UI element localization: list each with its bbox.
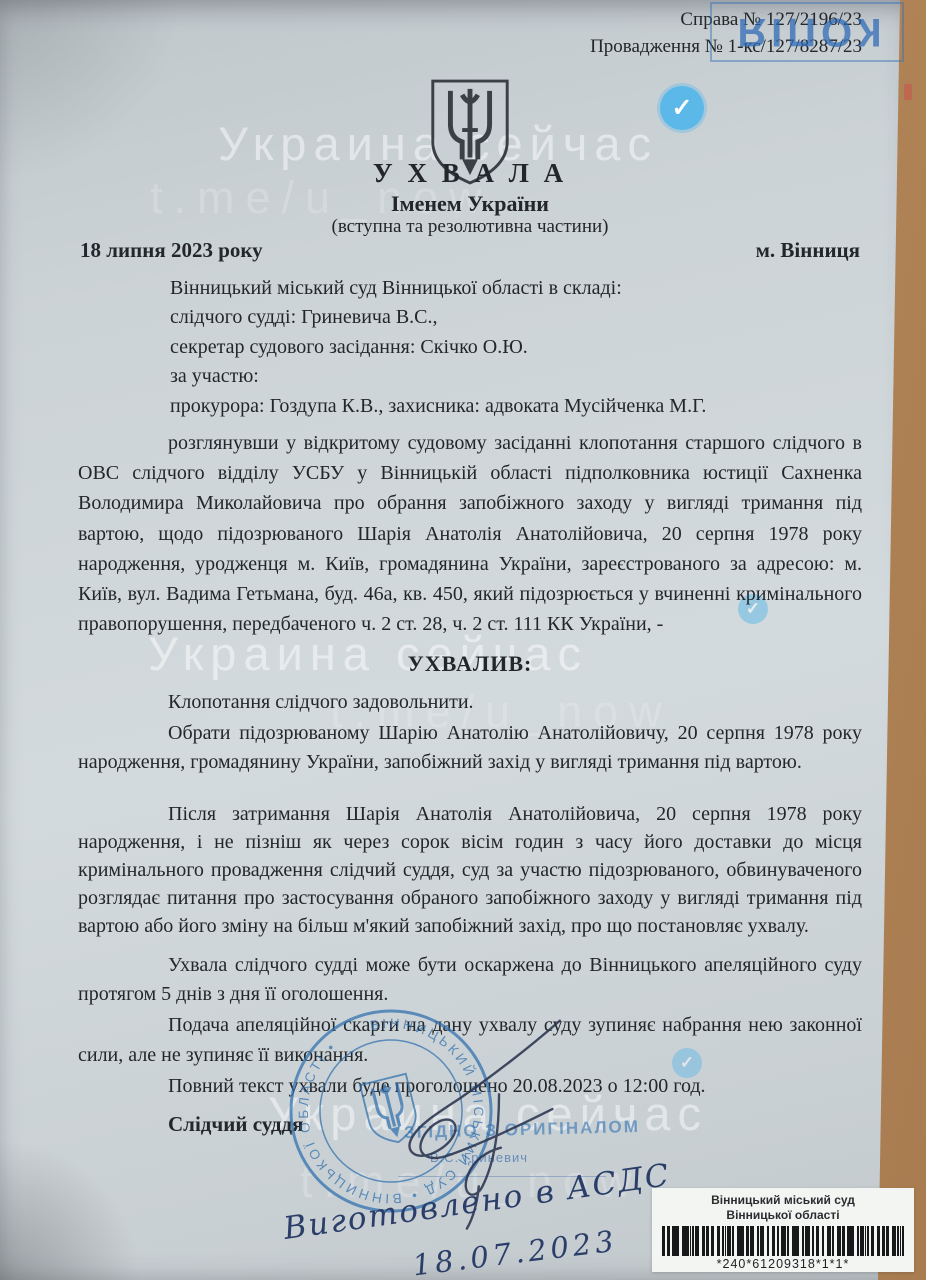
court-line: слідчого судді: Гриневича В.С., xyxy=(170,303,870,332)
barcode-value: *240*61209318*1*1* xyxy=(652,1257,914,1271)
barcode-sticker: Вінницький міський суд Вінницької област… xyxy=(652,1188,914,1272)
verified-check-icon: ✓ xyxy=(660,86,704,130)
court-line: Вінницький міський суд Вінницької област… xyxy=(170,274,870,303)
sticker-court-name: Вінницький міський суд xyxy=(652,1193,914,1208)
court-line: прокурора: Гоздупа К.В., захисника: адво… xyxy=(170,392,870,421)
in-name-of-ukraine: Іменем України xyxy=(78,191,862,217)
barcode-icon xyxy=(662,1226,904,1256)
considering-paragraph: розглянувши у відкритому судовому засіда… xyxy=(78,428,862,639)
resolved-heading: УХВАЛИВ: xyxy=(78,651,862,677)
ruling-paragraph: Обрати підозрюваному Шарію Анатолію Анат… xyxy=(78,719,862,776)
court-line: за участю: xyxy=(170,362,870,391)
court-composition: Вінницький міський суд Вінницької област… xyxy=(170,274,870,421)
date-city-row: 18 липня 2023 року м. Вінниця xyxy=(80,238,860,263)
ruling-paragraph: Клопотання слідчого задовольнити. xyxy=(78,691,862,714)
document-title: У Х В А Л А xyxy=(78,158,862,189)
ruling-date: 18 липня 2023 року xyxy=(80,238,263,263)
photo-of-court-ruling: Украина сейчас t.me/u_now Украина сейчас… xyxy=(0,0,926,1280)
court-line: секретар судового засідання: Скічко О.Ю. xyxy=(170,333,870,362)
ruling-city: м. Вінниця xyxy=(756,238,860,263)
copy-stamp: КОПІЯ xyxy=(710,2,904,62)
part-note: (вступна та резолютивна частини) xyxy=(78,216,862,238)
desk-mark xyxy=(904,84,912,100)
ruling-paragraph: Після затримання Шарія Анатолія Анатолій… xyxy=(78,800,862,940)
sticker-court-region: Вінницької області xyxy=(652,1208,914,1223)
